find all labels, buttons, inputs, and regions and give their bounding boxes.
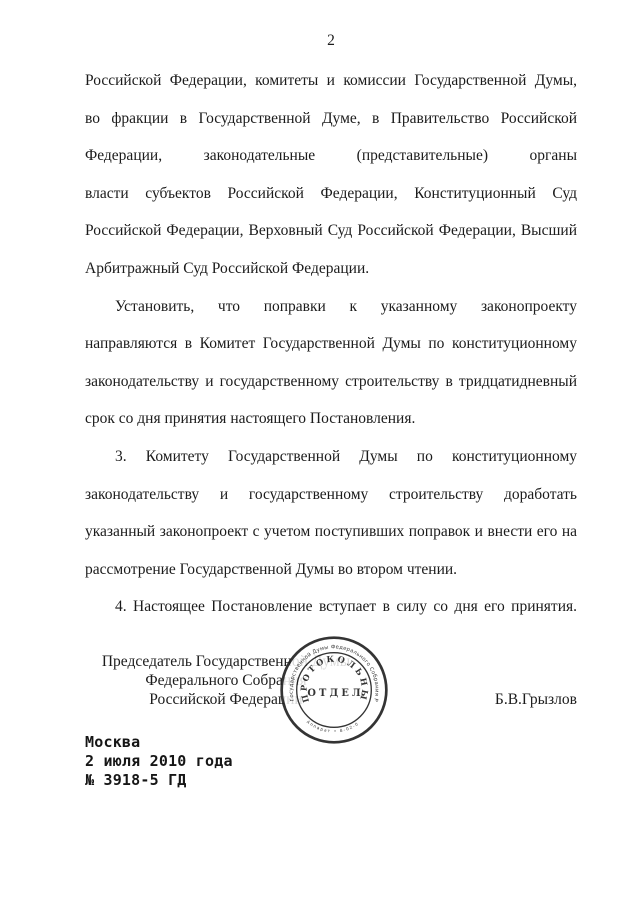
body-line: указанный законопроект с учетом поступив… <box>85 513 577 551</box>
paragraph: Установить, что поправки к указанному за… <box>85 288 577 438</box>
body-line: направляются в Комитет Государственной Д… <box>85 325 577 363</box>
footer-city: Москва <box>85 733 233 752</box>
body-line: Федерации, законодательные (представител… <box>85 137 577 175</box>
body-line: Российской Федерации, комитеты и комисси… <box>85 62 577 100</box>
stamp-center-text: ОТДЕЛ <box>307 688 363 699</box>
signature-name: Б.В.Грызлов <box>495 690 577 709</box>
paragraph: 4. Настоящее Постановление вступает в си… <box>85 588 577 626</box>
footer-doc-number: № 3918-5 ГД <box>85 771 233 790</box>
paragraph: 3. Комитету Государственной Думы по конс… <box>85 438 577 588</box>
body-text: Российской Федерации, комитеты и комисси… <box>85 62 577 626</box>
footer-date: 2 июля 2010 года <box>85 752 233 771</box>
body-line: Арбитражный Суд Российской Федерации. <box>85 250 577 288</box>
body-line: власти субъектов Российской Федерации, К… <box>85 175 577 213</box>
body-line: Российской Федерации, Верховный Суд Росс… <box>85 212 577 250</box>
body-line: 3. Комитету Государственной Думы по конс… <box>85 438 577 476</box>
paragraph: Российской Федерации, комитеты и комисси… <box>85 62 577 288</box>
body-line: срок со дня принятия настоящего Постанов… <box>85 400 577 438</box>
footer-block: Москва 2 июля 2010 года № 3918-5 ГД <box>85 733 233 791</box>
round-seal-stamp: Государственной Думы Федерального Собран… <box>277 633 391 747</box>
body-line: 4. Настоящее Постановление вступает в си… <box>85 588 577 626</box>
body-line: законодательству и государственному стро… <box>85 476 577 514</box>
page-number: 2 <box>85 31 577 51</box>
document-page: 2 Российской Федерации, комитеты и комис… <box>0 0 640 905</box>
body-line: Установить, что поправки к указанному за… <box>85 288 577 326</box>
body-line: рассмотрение Государственной Думы во вто… <box>85 551 577 589</box>
body-line: во фракции в Государственной Думе, в Пра… <box>85 100 577 138</box>
body-line: законодательству и государственному стро… <box>85 363 577 401</box>
